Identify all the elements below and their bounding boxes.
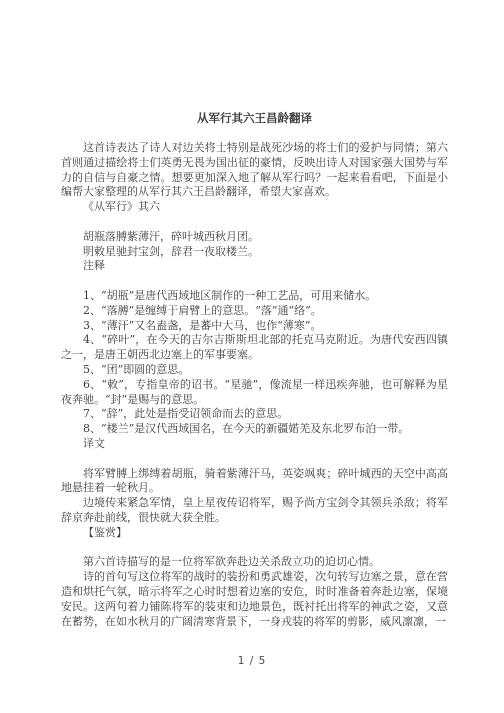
note-item: 5、“团”即圆的意思。 (61, 363, 448, 378)
note-item: 6、“敕”，专指皇帝的诏书。“星驰”，像流星一样迅疾奔驰，也可解释为星夜奔驰。“… (61, 378, 448, 408)
page-number: 1 / 5 (0, 655, 504, 667)
notes-heading: 注释 (61, 259, 448, 274)
poem-line: 胡瓶落膊紫薄汗，碎叶城西秋月团。 (61, 230, 448, 245)
appreciation-paragraph: 第六首诗描写的是一位将军欲奔赴边关杀敌立功的迫切心情。 (61, 555, 448, 570)
page-title: 从军行其六王昌龄翻译 (61, 111, 448, 126)
note-item: 3、“薄汗”又名盍盏，是蕃中大马，也作“薄寒”。 (61, 319, 448, 334)
intro-paragraph: 这首诗表达了诗人对边关将士特别是战死沙场的将士们的爱护与同情；第六首则通过描绘将… (61, 141, 448, 200)
poem-line: 明敕星驰封宝剑，辞君一夜取楼兰。 (61, 245, 448, 260)
note-item: 7、“辞”，此处是指受诏领命而去的意思。 (61, 407, 448, 422)
blank-line (61, 215, 448, 230)
document-content: 从军行其六王昌龄翻译 这首诗表达了诗人对边关将士特别是战死沙场的将士们的爱护与同… (61, 111, 448, 629)
translation-paragraph: 边境传来紧急军情，皇上星夜传诏将军，赐予尚方宝剑令其领兵杀敌；将军辞京奔赴前线，… (61, 496, 448, 526)
note-item: 8、“楼兰”是汉代西域国名，在今天的新疆婼羌及东北罗布泊一带。 (61, 422, 448, 437)
blank-line (61, 541, 448, 556)
note-item: 1、“胡瓶”是唐代西域地区制作的一种工艺品，可用来储水。 (61, 289, 448, 304)
translation-heading: 译文 (61, 437, 448, 452)
document-page: 从军行其六王昌龄翻译 这首诗表达了诗人对边关将士特别是战死沙场的将士们的爱护与同… (0, 0, 504, 713)
note-item: 2、“落膊”是缠缚于肩臂上的意思。“落”通“络”。 (61, 304, 448, 319)
translation-paragraph: 将军臂膊上绑缚着胡瓶，骑着紫薄汗马，英姿飒爽；碎叶城西的天空中高高地悬挂着一轮秋… (61, 467, 448, 497)
blank-line (61, 452, 448, 467)
poem-heading: 《从军行》其六 (61, 200, 448, 215)
note-item: 4、“碎叶”，在今天的吉尔吉斯斯坦北部的托克马克附近。为唐代安西四镇之一，是唐王… (61, 333, 448, 363)
appreciation-heading: 【鉴赏】 (61, 526, 448, 541)
blank-line (61, 274, 448, 289)
appreciation-paragraph: 诗的首句写这位将军的战时的装扮和勇武雄姿，次句转写边塞之景，意在营造和烘托气氛，… (61, 570, 448, 629)
